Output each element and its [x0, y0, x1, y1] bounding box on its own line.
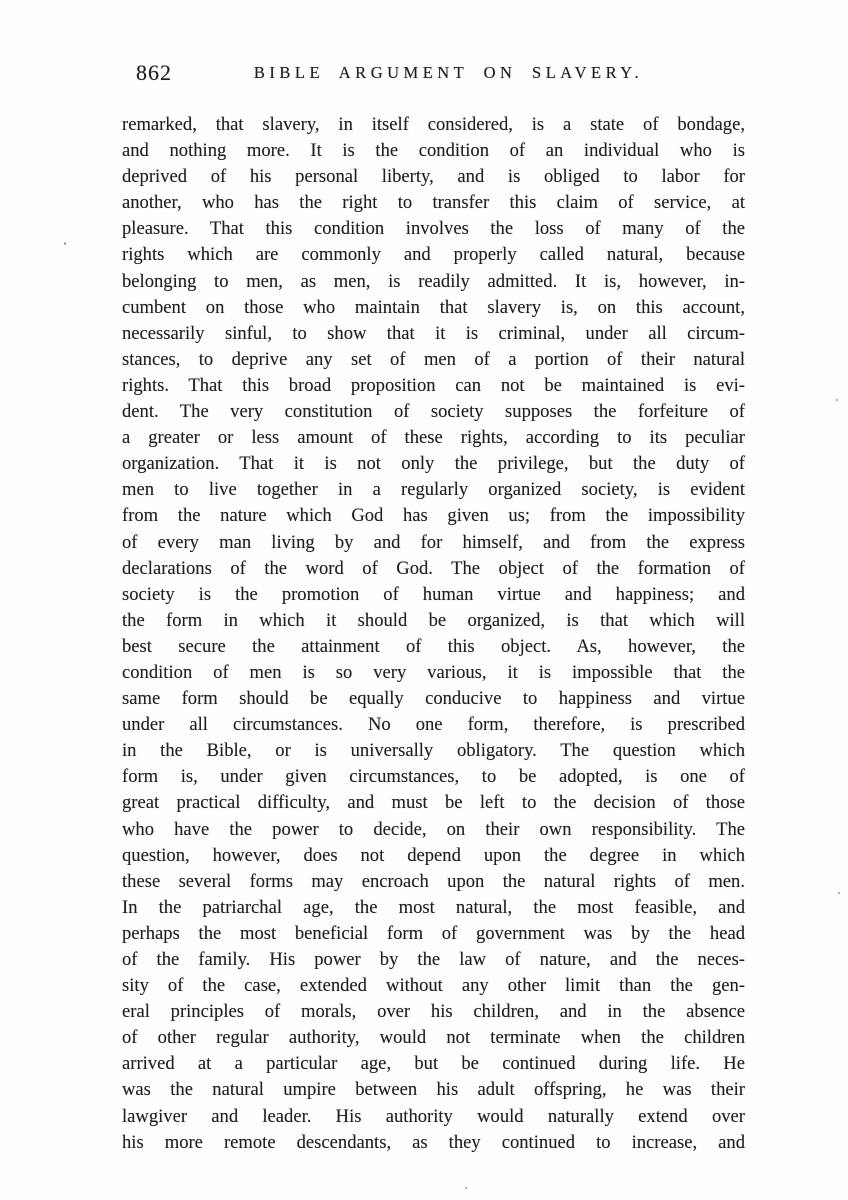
text-line: who have the power to decide, on their o…: [122, 817, 745, 843]
text-line: the form in which it should be organized…: [122, 608, 745, 634]
text-line: perhaps the most beneficial form of gove…: [122, 921, 745, 947]
text-line: arrived at a particular age, but be cont…: [122, 1051, 745, 1077]
text-line: cumbent on those who maintain that slave…: [122, 295, 745, 321]
text-line: was the natural umpire between his adult…: [122, 1077, 745, 1103]
text-line: these several forms may encroach upon th…: [122, 869, 745, 895]
text-line: under all circumstances. No one form, th…: [122, 712, 745, 738]
text-line: another, who has the right to transfer t…: [122, 190, 745, 216]
text-line: society is the promotion of human virtue…: [122, 582, 745, 608]
text-line: pleasure. That this condition involves t…: [122, 216, 745, 242]
text-line: necessarily sinful, to show that it is c…: [122, 321, 745, 347]
text-line: question, however, does not depend upon …: [122, 843, 745, 869]
text-line: organization. That it is not only the pr…: [122, 451, 745, 477]
text-line: of the family. His power by the law of n…: [122, 947, 745, 973]
text-line: declarations of the word of God. The obj…: [122, 556, 745, 582]
page-number: 862: [136, 60, 172, 86]
text-line: from the nature which God has given us; …: [122, 503, 745, 529]
text-line: belonging to men, as men, is readily adm…: [122, 269, 745, 295]
text-line: lawgiver and leader. His authority would…: [122, 1104, 745, 1130]
text-line: rights. That this broad proposition can …: [122, 373, 745, 399]
text-line: his more remote descendants, as they con…: [122, 1130, 745, 1156]
scan-speck: [838, 892, 840, 894]
text-line: sity of the case, extended without any o…: [122, 973, 745, 999]
text-line: great practical difficulty, and must be …: [122, 790, 745, 816]
text-line: eral principles of morals, over his chil…: [122, 999, 745, 1025]
body-text: remarked, that slavery, in itself consid…: [122, 112, 745, 1156]
text-line: In the patriarchal age, the most natural…: [122, 895, 745, 921]
text-line: stances, to deprive any set of men of a …: [122, 347, 745, 373]
scan-speck: [836, 399, 838, 401]
text-line: and nothing more. It is the condition of…: [122, 138, 745, 164]
running-title: BIBLE ARGUMENT ON SLAVERY.: [254, 63, 643, 83]
text-line: deprived of his personal liberty, and is…: [122, 164, 745, 190]
text-line: of other regular authority, would not te…: [122, 1025, 745, 1051]
text-line: dent. The very constitution of society s…: [122, 399, 745, 425]
scan-speck: [64, 242, 66, 245]
text-line: a greater or less amount of these rights…: [122, 425, 745, 451]
text-line: rights which are commonly and properly c…: [122, 242, 745, 268]
text-line: same form should be equally conducive to…: [122, 686, 745, 712]
text-line: remarked, that slavery, in itself consid…: [122, 112, 745, 138]
text-line: best secure the attainment of this objec…: [122, 634, 745, 660]
text-line: form is, under given circumstances, to b…: [122, 764, 745, 790]
running-head: 862 BIBLE ARGUMENT ON SLAVERY.: [122, 60, 745, 90]
text-line: of every man living by and for himself, …: [122, 530, 745, 556]
scan-speck: [465, 1187, 467, 1189]
book-page-scan: 862 BIBLE ARGUMENT ON SLAVERY. remarked,…: [0, 0, 848, 1200]
text-line: condition of men is so very various, it …: [122, 660, 745, 686]
text-line: in the Bible, or is universally obligato…: [122, 738, 745, 764]
text-line: men to live together in a regularly orga…: [122, 477, 745, 503]
